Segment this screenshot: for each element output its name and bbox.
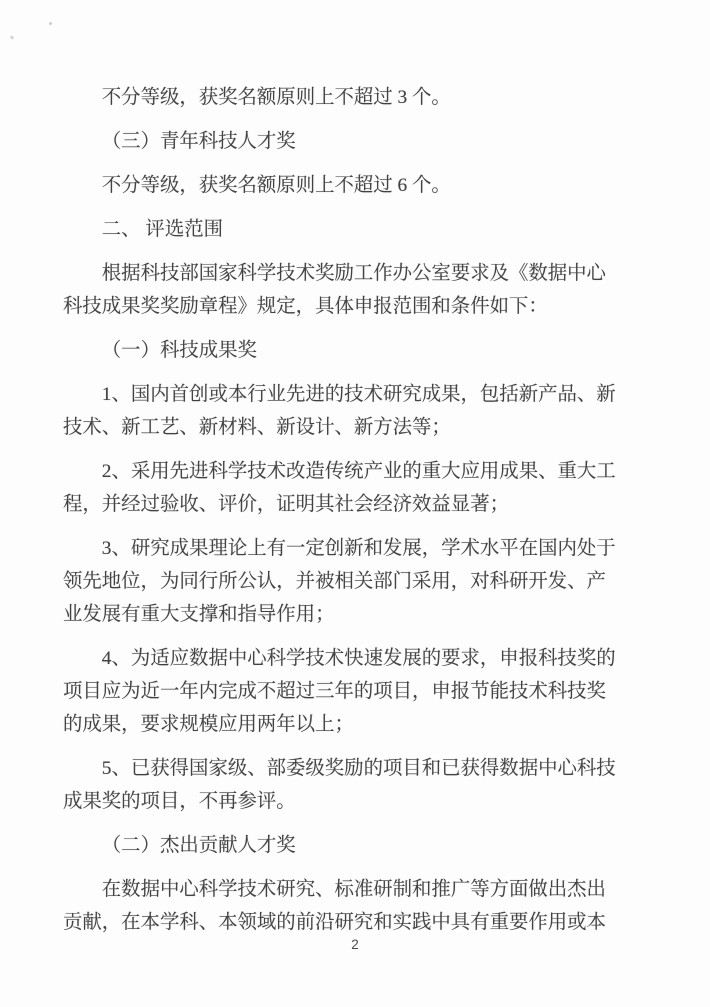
paragraph-scope-intro: 根据科技部国家科学技术奖励工作办公室要求及《数据中心 科技成果奖奖励章程》规定，… bbox=[63, 257, 609, 323]
heading-tech-achievement-award: （一）科技成果奖 bbox=[63, 334, 609, 367]
text-line: 5、已获得国家级、部委级奖励的项目和已获得数据中心科技 bbox=[63, 752, 609, 785]
heading-section-2-selection-scope: 二、 评选范围 bbox=[63, 213, 609, 246]
text-line: 1、国内首创或本行业先进的技术研究成果，包括新产品、新 bbox=[63, 378, 609, 411]
heading-youth-talent-award: （三）青年科技人才奖 bbox=[63, 125, 609, 158]
text-line: 程，并经过验收、评价，证明其社会经济效益显著； bbox=[63, 488, 609, 521]
document-content: 不分等级，获奖名额原则上不超过 3 个。 （三）青年科技人才奖 不分等级，获奖名… bbox=[63, 81, 609, 950]
text-line: 4、为适应数据中心科学技术快速发展的要求，申报科技奖的 bbox=[63, 642, 609, 675]
paragraph-contribution-intro: 在数据中心科学技术研究、标准研制和推广等方面做出杰出 贡献，在本学科、本领域的前… bbox=[63, 873, 609, 939]
paragraph-item-3: 3、研究成果理论上有一定创新和发展，学术水平在国内处于 领先地位，为同行所公认，… bbox=[63, 532, 609, 631]
text-line: （三）青年科技人才奖 bbox=[63, 125, 609, 158]
text-line: 不分等级，获奖名额原则上不超过 6 个。 bbox=[63, 169, 609, 202]
text-line: 业发展有重大支撑和指导作用； bbox=[63, 598, 609, 631]
page-number: 2 bbox=[0, 937, 710, 953]
paragraph-item-5: 5、已获得国家级、部委级奖励的项目和已获得数据中心科技 成果奖的项目，不再参评。 bbox=[63, 752, 609, 818]
text-line: 项目应为近一年内完成不超过三年的项目，申报节能技术科技奖 bbox=[63, 675, 609, 708]
document-page: 不分等级，获奖名额原则上不超过 3 个。 （三）青年科技人才奖 不分等级，获奖名… bbox=[0, 0, 710, 1007]
text-line: 的成果，要求规模应用两年以上； bbox=[63, 708, 609, 741]
text-line: 不分等级，获奖名额原则上不超过 3 个。 bbox=[63, 81, 609, 114]
text-line: （一）科技成果奖 bbox=[63, 334, 609, 367]
text-line: 贡献，在本学科、本领域的前沿研究和实践中具有重要作用或本 bbox=[63, 906, 609, 939]
paragraph-quota-3: 不分等级，获奖名额原则上不超过 3 个。 bbox=[63, 81, 609, 114]
heading-outstanding-contribution-award: （二）杰出贡献人才奖 bbox=[63, 829, 609, 862]
paragraph-item-1: 1、国内首创或本行业先进的技术研究成果，包括新产品、新 技术、新工艺、新材料、新… bbox=[63, 378, 609, 444]
text-line: 根据科技部国家科学技术奖励工作办公室要求及《数据中心 bbox=[63, 257, 609, 290]
text-line: 领先地位，为同行所公认，并被相关部门采用，对科研开发、产 bbox=[63, 565, 609, 598]
text-line: 3、研究成果理论上有一定创新和发展，学术水平在国内处于 bbox=[63, 532, 609, 565]
text-line: 二、 评选范围 bbox=[63, 213, 609, 246]
text-line: 2、采用先进科学技术改造传统产业的重大应用成果、重大工 bbox=[63, 455, 609, 488]
paragraph-quota-6: 不分等级，获奖名额原则上不超过 6 个。 bbox=[63, 169, 609, 202]
text-line: 技术、新工艺、新材料、新设计、新方法等； bbox=[63, 411, 609, 444]
paragraph-item-2: 2、采用先进科学技术改造传统产业的重大应用成果、重大工 程，并经过验收、评价，证… bbox=[63, 455, 609, 521]
text-line: 成果奖的项目，不再参评。 bbox=[63, 785, 609, 818]
text-line: 科技成果奖奖励章程》规定，具体申报范围和条件如下： bbox=[63, 290, 609, 323]
paragraph-item-4: 4、为适应数据中心科学技术快速发展的要求，申报科技奖的 项目应为近一年内完成不超… bbox=[63, 642, 609, 741]
scan-speck bbox=[49, 22, 52, 25]
text-line: （二）杰出贡献人才奖 bbox=[63, 829, 609, 862]
text-line: 在数据中心科学技术研究、标准研制和推广等方面做出杰出 bbox=[63, 873, 609, 906]
scan-speck bbox=[10, 35, 15, 40]
